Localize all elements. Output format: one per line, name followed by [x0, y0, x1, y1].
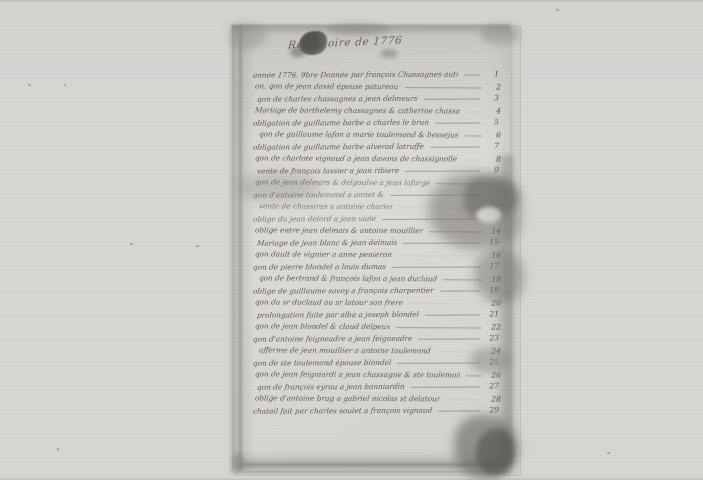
leader-dash-line [424, 98, 480, 99]
bottom-left-corner-mark [232, 453, 244, 471]
leader-dash-line [403, 242, 480, 243]
leader-dash-line [430, 146, 480, 147]
leader-dash-line [466, 111, 482, 112]
leader-dash-line [396, 327, 482, 328]
leader-dash-line [425, 314, 480, 315]
entry-text: oblige entre jean delmais & antoine moui… [255, 225, 424, 235]
entry-page-number: 11 [484, 189, 499, 198]
dust-speck [57, 448, 59, 451]
leader-dash-line [443, 279, 482, 280]
entry-page-number: 15 [484, 237, 499, 246]
leader-dash-line [463, 159, 482, 160]
leader-dash-line [440, 290, 480, 291]
entry-text: qon du sr duclaud au sr latour son frere [255, 297, 404, 307]
leader-dash-line [465, 135, 482, 136]
leader-dash-line [446, 399, 482, 400]
entry-text: oblige d'antoine brug a gabriel nicolas … [255, 393, 441, 403]
entry-text: vente de chassiras a antoine charier [259, 201, 394, 211]
entry-text: on. qon de jean david épouse patureau [255, 81, 399, 91]
leader-dash-line [429, 231, 482, 232]
entry-page-number: 23 [484, 333, 499, 342]
entry-text: qon de jean delmars & delgoulve a jean l… [255, 177, 431, 187]
leader-dash-line [418, 338, 480, 339]
entry-page-number: 27 [484, 381, 499, 390]
entry-page-number: 17 [484, 261, 499, 270]
bottom-right-stain-core [476, 429, 514, 475]
entry-text: chatail fait par charles soulet a franço… [253, 406, 433, 416]
dust-speck [196, 245, 199, 247]
leader-dash-line [390, 194, 480, 195]
entry-page-number: 3 [484, 93, 499, 102]
leader-dash-line [436, 183, 482, 184]
entry-page-number: 13 [484, 213, 499, 222]
entry-page-number: 29 [484, 405, 499, 414]
leader-dash-line [435, 122, 480, 123]
leader-dash-line [438, 410, 480, 411]
entry-page-number: 7 [484, 141, 499, 150]
scanned-manuscript-page: Répertoire de 1776 année 1776. 9bre Donn… [231, 24, 511, 471]
entry-list: année 1776. 9bre Donnée par françois Cha… [253, 67, 499, 415]
entry-text: qon dault de vignier a anne penieron [255, 249, 393, 259]
leader-dash-line [392, 266, 480, 267]
entry-text: afferme de jean mouillier a antoine toul… [259, 345, 432, 355]
index-entry-row: chatail fait par charles soulet a franço… [253, 402, 499, 415]
leader-dash-line [405, 87, 482, 88]
dust-speck [28, 84, 31, 86]
entry-text: qon de bertrand & françois lafon a jean … [259, 273, 438, 283]
leader-dash-line [382, 218, 480, 220]
leader-dash-line [398, 255, 482, 256]
scan-photo-background: Répertoire de 1776 année 1776. 9bre Donn… [0, 0, 703, 480]
entry-page-number: 25 [484, 357, 499, 366]
bottom-edge-dark-line [240, 463, 498, 466]
bottom-edge-shadow-band [236, 453, 506, 469]
leader-dash-line [411, 386, 480, 387]
entry-page-number: 19 [484, 285, 499, 294]
leader-dash-line [409, 303, 482, 304]
entry-text: qon de jean blondel & claud delpeux [255, 321, 391, 331]
leader-dash-line [464, 74, 480, 75]
entry-page-number: 21 [484, 309, 499, 318]
dust-speck [64, 84, 66, 86]
photo-top-edge [0, 0, 703, 2]
leader-dash-line [437, 351, 482, 352]
bottom-right-stain [454, 415, 518, 479]
leader-dash-line [399, 207, 482, 208]
entry-page-number: 5 [484, 117, 499, 126]
entry-page-number: 1 [484, 69, 499, 78]
dust-speck [130, 243, 133, 245]
entry-page-number: 9 [484, 165, 499, 174]
dust-speck [556, 9, 559, 11]
dust-speck [607, 452, 610, 454]
leader-dash-line [405, 170, 480, 171]
leader-dash-line [466, 375, 482, 376]
leader-dash-line [397, 362, 480, 363]
